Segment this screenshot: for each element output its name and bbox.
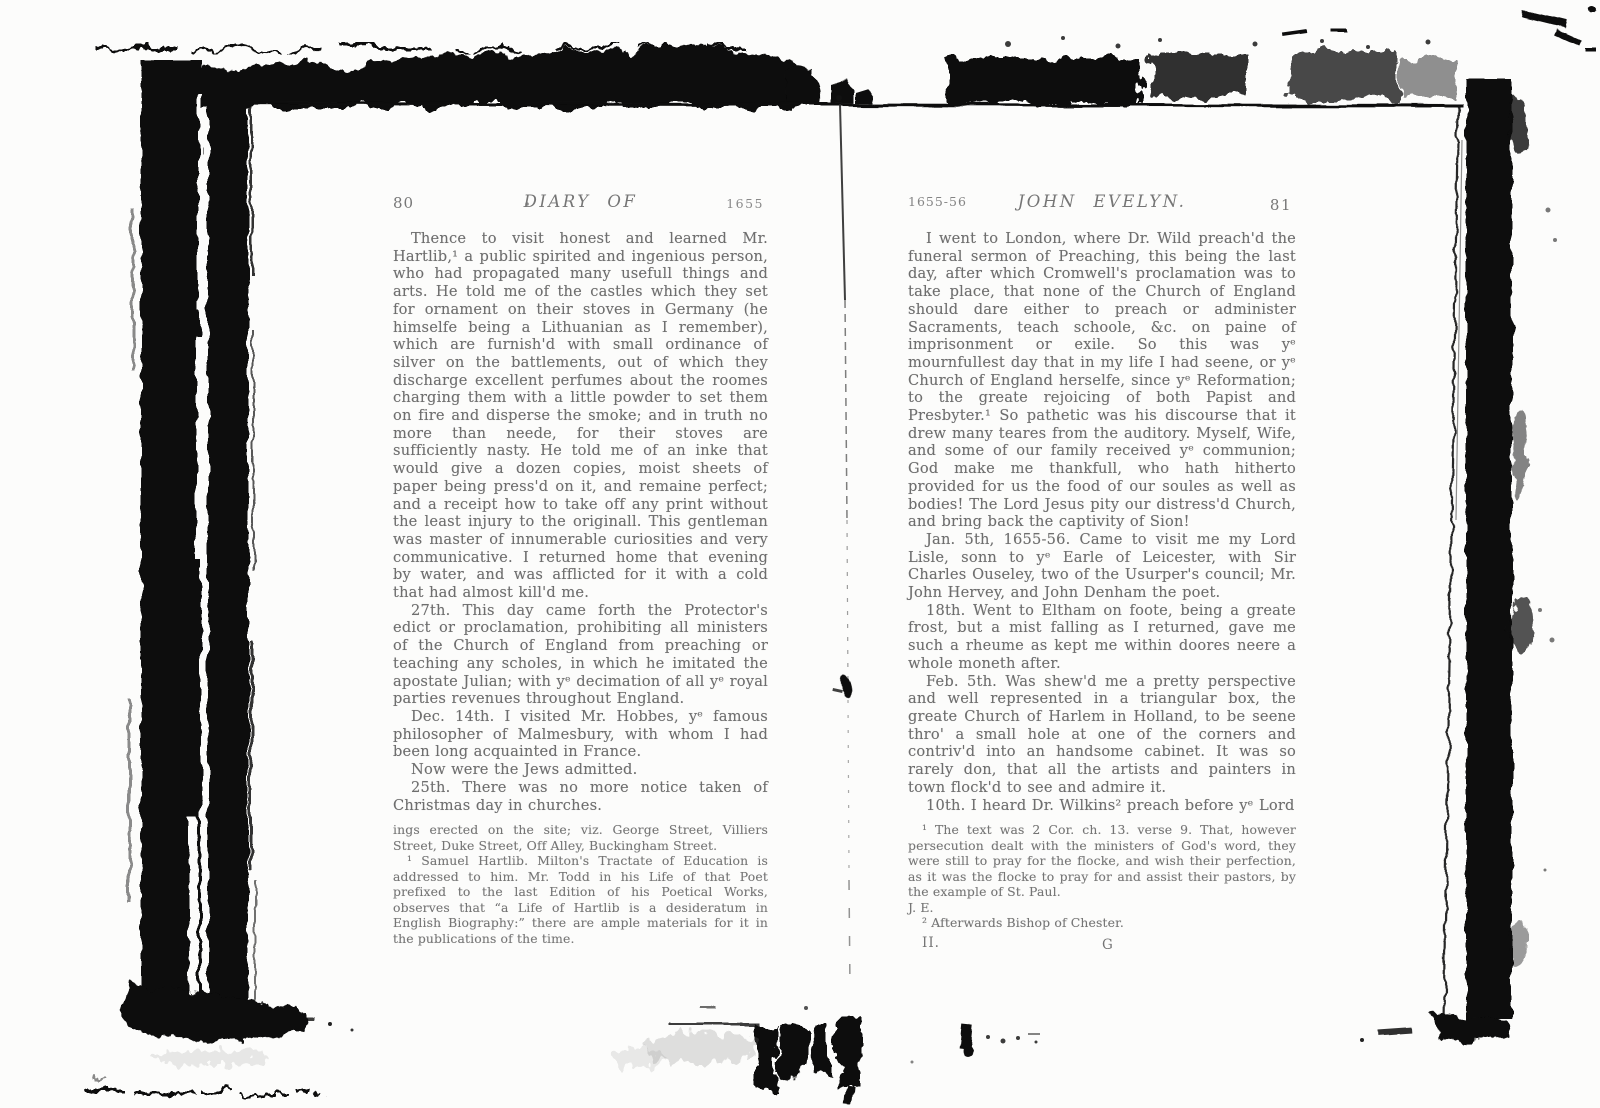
- scanned-book-spread: { "colors": { "ink": "#0d0d0d", "paper":…: [0, 0, 1600, 1108]
- ink-bottom-right-smudge: [911, 1026, 1041, 1064]
- right-page-footnotes: ¹ The text was 2 Cor. ch. 13. verse 9. T…: [908, 822, 1296, 931]
- page-number: 80: [393, 194, 414, 212]
- left-page-body: Thence to visit honest and learned Mr. H…: [393, 230, 768, 814]
- ink-bottom-center-blobs: [610, 1006, 861, 1104]
- diary-paragraph: Thence to visit honest and learned Mr. H…: [393, 230, 768, 602]
- ink-top-right-smudge: [945, 28, 1456, 102]
- diary-paragraph: Feb. 5th. Was shew'd me a pretty perspec…: [908, 673, 1296, 797]
- ink-top-bar: [149, 46, 874, 107]
- left-page-header: 80 DIARY OF 1655: [393, 192, 768, 214]
- ink-corner-marks: [1522, 6, 1596, 50]
- footnote-attribution: J. E.: [908, 900, 1296, 916]
- ink-center-fold: [832, 95, 854, 990]
- ink-top-baseline: [150, 102, 1462, 107]
- footnote: ¹ Samuel Hartlib. Milton's Tractate of E…: [393, 853, 768, 946]
- right-page-body: I went to London, where Dr. Wild preach'…: [908, 230, 1296, 814]
- ink-bottom-left-streaks: [88, 1080, 322, 1097]
- footnote-continuation: ings erected on the site; viz. George St…: [393, 822, 768, 853]
- diary-paragraph: 25th. There was no more notice taken of …: [393, 779, 768, 814]
- volume-signature: II.: [922, 935, 940, 951]
- diary-paragraph: Now were the Jews admitted.: [393, 761, 768, 779]
- year-range-label: 1655-56: [908, 194, 967, 209]
- year-label: 1655: [726, 196, 764, 211]
- right-page-header: 1655-56 JOHN EVELYN. 81: [908, 192, 1296, 214]
- diary-paragraph: Dec. 14th. I visited Mr. Hobbes, yᵉ famo…: [393, 708, 768, 761]
- left-page-footnotes: ings erected on the site; viz. George St…: [393, 822, 768, 946]
- ink-top-broken-line: [92, 45, 744, 52]
- diary-paragraph: 18th. Went to Eltham on foote, being a g…: [908, 602, 1296, 673]
- footnote: ² Afterwards Bishop of Chester.: [908, 915, 1296, 931]
- gathering-signature: G: [1102, 937, 1114, 953]
- running-title: JOHN EVELYN.: [1018, 192, 1187, 211]
- right-page: 1655-56 JOHN EVELYN. 81 I went to London…: [908, 192, 1296, 953]
- scan-artifact-layer: [0, 0, 1600, 1108]
- running-title: DIARY OF: [524, 192, 638, 211]
- left-page: 80 DIARY OF 1655 Thence to visit honest …: [393, 192, 768, 946]
- diary-paragraph: I went to London, where Dr. Wild preach'…: [908, 230, 1296, 531]
- ink-right-bar: [1360, 80, 1557, 1042]
- ink-left-bars: [122, 60, 354, 1066]
- signature-row: II. G: [908, 935, 1296, 953]
- diary-paragraph: Jan. 5th, 1655-56. Came to visit me my L…: [908, 531, 1296, 602]
- diary-paragraph: 27th. This day came forth the Protector'…: [393, 602, 768, 708]
- footnote: ¹ The text was 2 Cor. ch. 13. verse 9. T…: [908, 822, 1296, 900]
- diary-paragraph: 10th. I heard Dr. Wilkins² preach before…: [908, 797, 1296, 815]
- page-number: 81: [1270, 196, 1292, 214]
